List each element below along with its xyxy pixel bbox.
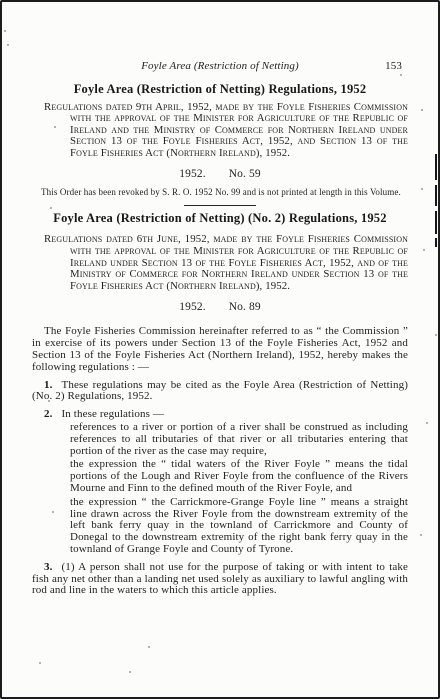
regulation-2-year: 1952. <box>179 301 205 313</box>
scan-speck <box>148 646 150 648</box>
scan-speck <box>400 74 402 76</box>
scan-speck <box>423 249 425 251</box>
regulation-2-preamble: Regulations dated 6th June, 1952, made b… <box>44 234 408 292</box>
article-2-number: 2. <box>44 408 62 420</box>
scan-speck <box>39 662 41 664</box>
regulation-1-sro-number: No. 59 <box>229 168 261 180</box>
regulation-2-intro: The Foyle Fisheries Commission hereinaft… <box>32 326 408 373</box>
scan-speck <box>52 511 54 513</box>
article-1-number: 1. <box>44 379 62 391</box>
regulation-1-year: 1952. <box>179 168 205 180</box>
article-1: 1.These regulations may be cited as the … <box>32 380 408 404</box>
running-header: Foyle Area (Restriction of Netting) 153 <box>32 60 408 72</box>
article-3-text: (1) A person shall not use for the purpo… <box>32 561 408 597</box>
scan-artifact-bar <box>435 238 437 247</box>
scan-speck <box>147 248 149 250</box>
scan-speck <box>420 534 422 536</box>
scan-artifact-bar <box>435 154 437 180</box>
article-3-number: 3. <box>44 561 62 573</box>
regulation-2-sro-number: No. 89 <box>229 301 261 313</box>
regulation-2-title: Foyle Area (Restriction of Netting) (No.… <box>26 212 414 226</box>
scan-speck <box>435 334 437 336</box>
article-2: 2.In these regulations — <box>32 409 408 421</box>
article-1-text: These regulations may be cited as the Fo… <box>32 379 408 403</box>
document-page: Foyle Area (Restriction of Netting) 153 … <box>0 0 440 699</box>
scan-speck <box>48 400 50 402</box>
revocation-note: This Order has been revoked by S. R. O. … <box>32 187 410 198</box>
regulation-1-number-line: 1952. No. 59 <box>2 168 438 180</box>
regulation-2-number-line: 1952. No. 89 <box>2 301 438 313</box>
article-2-subclause-1: references to a river or portion of a ri… <box>70 422 408 457</box>
scan-speck <box>54 126 56 128</box>
regulation-1-title: Foyle Area (Restriction of Netting) Regu… <box>26 83 414 97</box>
scan-speck <box>4 30 6 32</box>
running-header-title: Foyle Area (Restriction of Netting) <box>141 60 299 72</box>
article-2-subclause-2: the expression the “ tidal waters of the… <box>70 459 408 494</box>
article-3: 3.(1) A person shall not use for the pur… <box>32 562 408 597</box>
scan-speck <box>426 422 428 424</box>
scan-artifact-bar <box>435 185 437 206</box>
scan-speck <box>421 109 423 111</box>
scan-speck <box>421 188 423 190</box>
scan-speck <box>7 44 9 46</box>
page-number: 153 <box>385 60 402 72</box>
page-content: Foyle Area (Restriction of Netting) 153 … <box>2 2 438 697</box>
article-2-subclause-3: the expression “ the Carrickmore-Grange … <box>70 497 408 556</box>
scan-speck <box>50 207 52 209</box>
section-divider <box>184 205 256 206</box>
scan-artifact-bar <box>435 211 437 234</box>
regulation-1-preamble: Regulations dated 9th April, 1952, made … <box>44 102 408 160</box>
scan-speck <box>129 671 131 673</box>
article-2-text: In these regulations — <box>62 408 165 420</box>
